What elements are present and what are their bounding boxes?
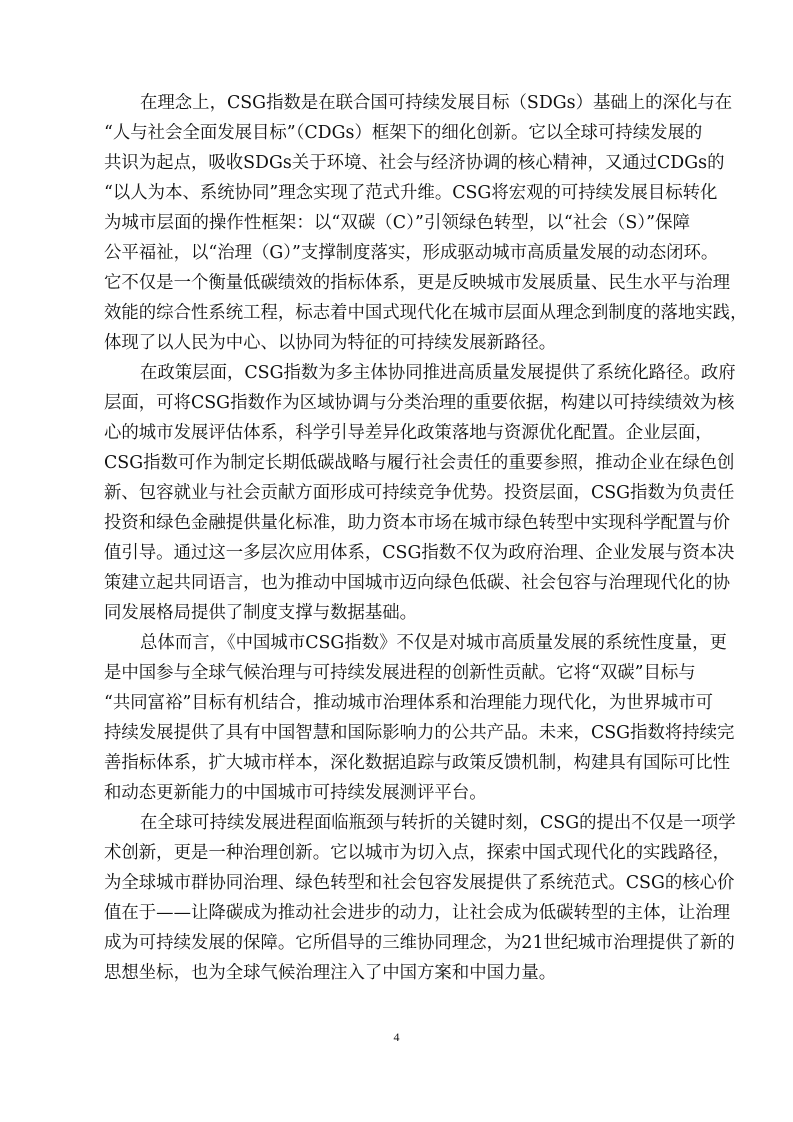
text-line: 持续发展提供了具有中国智慧和国际影响力的公共产品。未来，CSG指数将持续完 (104, 718, 690, 748)
text-line: 在政策层面，CSG指数为多主体协同推进高质量发展提供了系统化路径。政府 (104, 358, 690, 388)
text-line: 思想坐标，也为全球气候治理注入了中国方案和中国力量。 (104, 958, 690, 988)
text-line: 效能的综合性系统工程，标志着中国式现代化在城市层面从理念到制度的落地实践， (104, 298, 690, 328)
text-line: 在理念上，CSG指数是在联合国可持续发展目标（SDGs）基础上的深化与在 (104, 88, 690, 118)
text-line: 在全球可持续发展进程面临瓶颈与转折的关键时刻，CSG的提出不仅是一项学 (104, 808, 690, 838)
text-line: 和动态更新能力的中国城市可持续发展测评平台。 (104, 778, 690, 808)
text-line: 心的城市发展评估体系，科学引导差异化政策落地与资源优化配置。企业层面， (104, 418, 690, 448)
text-line: 同发展格局提供了制度支撑与数据基础。 (104, 598, 690, 628)
page-number: 4 (0, 1030, 793, 1045)
text-line: 层面，可将CSG指数作为区域协调与分类治理的重要依据，构建以可持续绩效为核 (104, 388, 690, 418)
text-line: “共同富裕”目标有机结合，推动城市治理体系和治理能力现代化，为世界城市可 (104, 688, 690, 718)
text-line: “以人为本、系统协同”理念实现了范式升维。CSG将宏观的可持续发展目标转化 (104, 178, 690, 208)
text-line: 投资和绿色金融提供量化标准，助力资本市场在城市绿色转型中实现科学配置与价 (104, 508, 690, 538)
text-line: 共识为起点，吸收SDGs关于环境、社会与经济协调的核心精神，又通过CDGs的 (104, 148, 690, 178)
text-line: 是中国参与全球气候治理与可持续发展进程的创新性贡献。它将“双碳”目标与 (104, 658, 690, 688)
text-line: CSG指数可作为制定长期低碳战略与履行社会责任的重要参照，推动企业在绿色创 (104, 448, 690, 478)
text-line: 值在于——让降碳成为推动社会进步的动力，让社会成为低碳转型的主体，让治理 (104, 898, 690, 928)
text-line: 新、包容就业与社会贡献方面形成可持续竞争优势。投资层面，CSG指数为负责任 (104, 478, 690, 508)
text-line: 公平福祉，以“治理（G）”支撑制度落实，形成驱动城市高质量发展的动态闭环。 (104, 238, 690, 268)
text-line: 成为可持续发展的保障。它所倡导的三维协同理念，为21世纪城市治理提供了新的 (104, 928, 690, 958)
document-body: 在理念上，CSG指数是在联合国可持续发展目标（SDGs）基础上的深化与在 “人与… (104, 88, 690, 988)
text-line: 为城市层面的操作性框架：以“双碳（C）”引领绿色转型，以“社会（S）”保障 (104, 208, 690, 238)
paragraph-philosophy: 在理念上，CSG指数是在联合国可持续发展目标（SDGs）基础上的深化与在 “人与… (104, 88, 690, 358)
text-line: 善指标体系，扩大城市样本，深化数据追踪与政策反馈机制，构建具有国际可比性 (104, 748, 690, 778)
text-line: 它不仅是一个衡量低碳绩效的指标体系，更是反映城市发展质量、民生水平与治理 (104, 268, 690, 298)
paragraph-summary: 总体而言，《中国城市CSG指数》不仅是对城市高质量发展的系统性度量，更 是中国参… (104, 628, 690, 808)
text-line: 策建立起共同语言，也为推动中国城市迈向绿色低碳、社会包容与治理现代化的协 (104, 568, 690, 598)
text-line: “人与社会全面发展目标”（CDGs）框架下的细化创新。它以全球可持续发展的 (104, 118, 690, 148)
text-line: 值引导。通过这一多层次应用体系，CSG指数不仅为政府治理、企业发展与资本决 (104, 538, 690, 568)
paragraph-conclusion: 在全球可持续发展进程面临瓶颈与转折的关键时刻，CSG的提出不仅是一项学 术创新，… (104, 808, 690, 988)
text-line: 为全球城市群协同治理、绿色转型和社会包容发展提供了系统范式。CSG的核心价 (104, 868, 690, 898)
text-line: 术创新，更是一种治理创新。它以城市为切入点，探索中国式现代化的实践路径， (104, 838, 690, 868)
text-line: 体现了以人民为中心、以协同为特征的可持续发展新路径。 (104, 328, 690, 358)
paragraph-policy: 在政策层面，CSG指数为多主体协同推进高质量发展提供了系统化路径。政府 层面，可… (104, 358, 690, 628)
text-line: 总体而言，《中国城市CSG指数》不仅是对城市高质量发展的系统性度量，更 (104, 628, 690, 658)
